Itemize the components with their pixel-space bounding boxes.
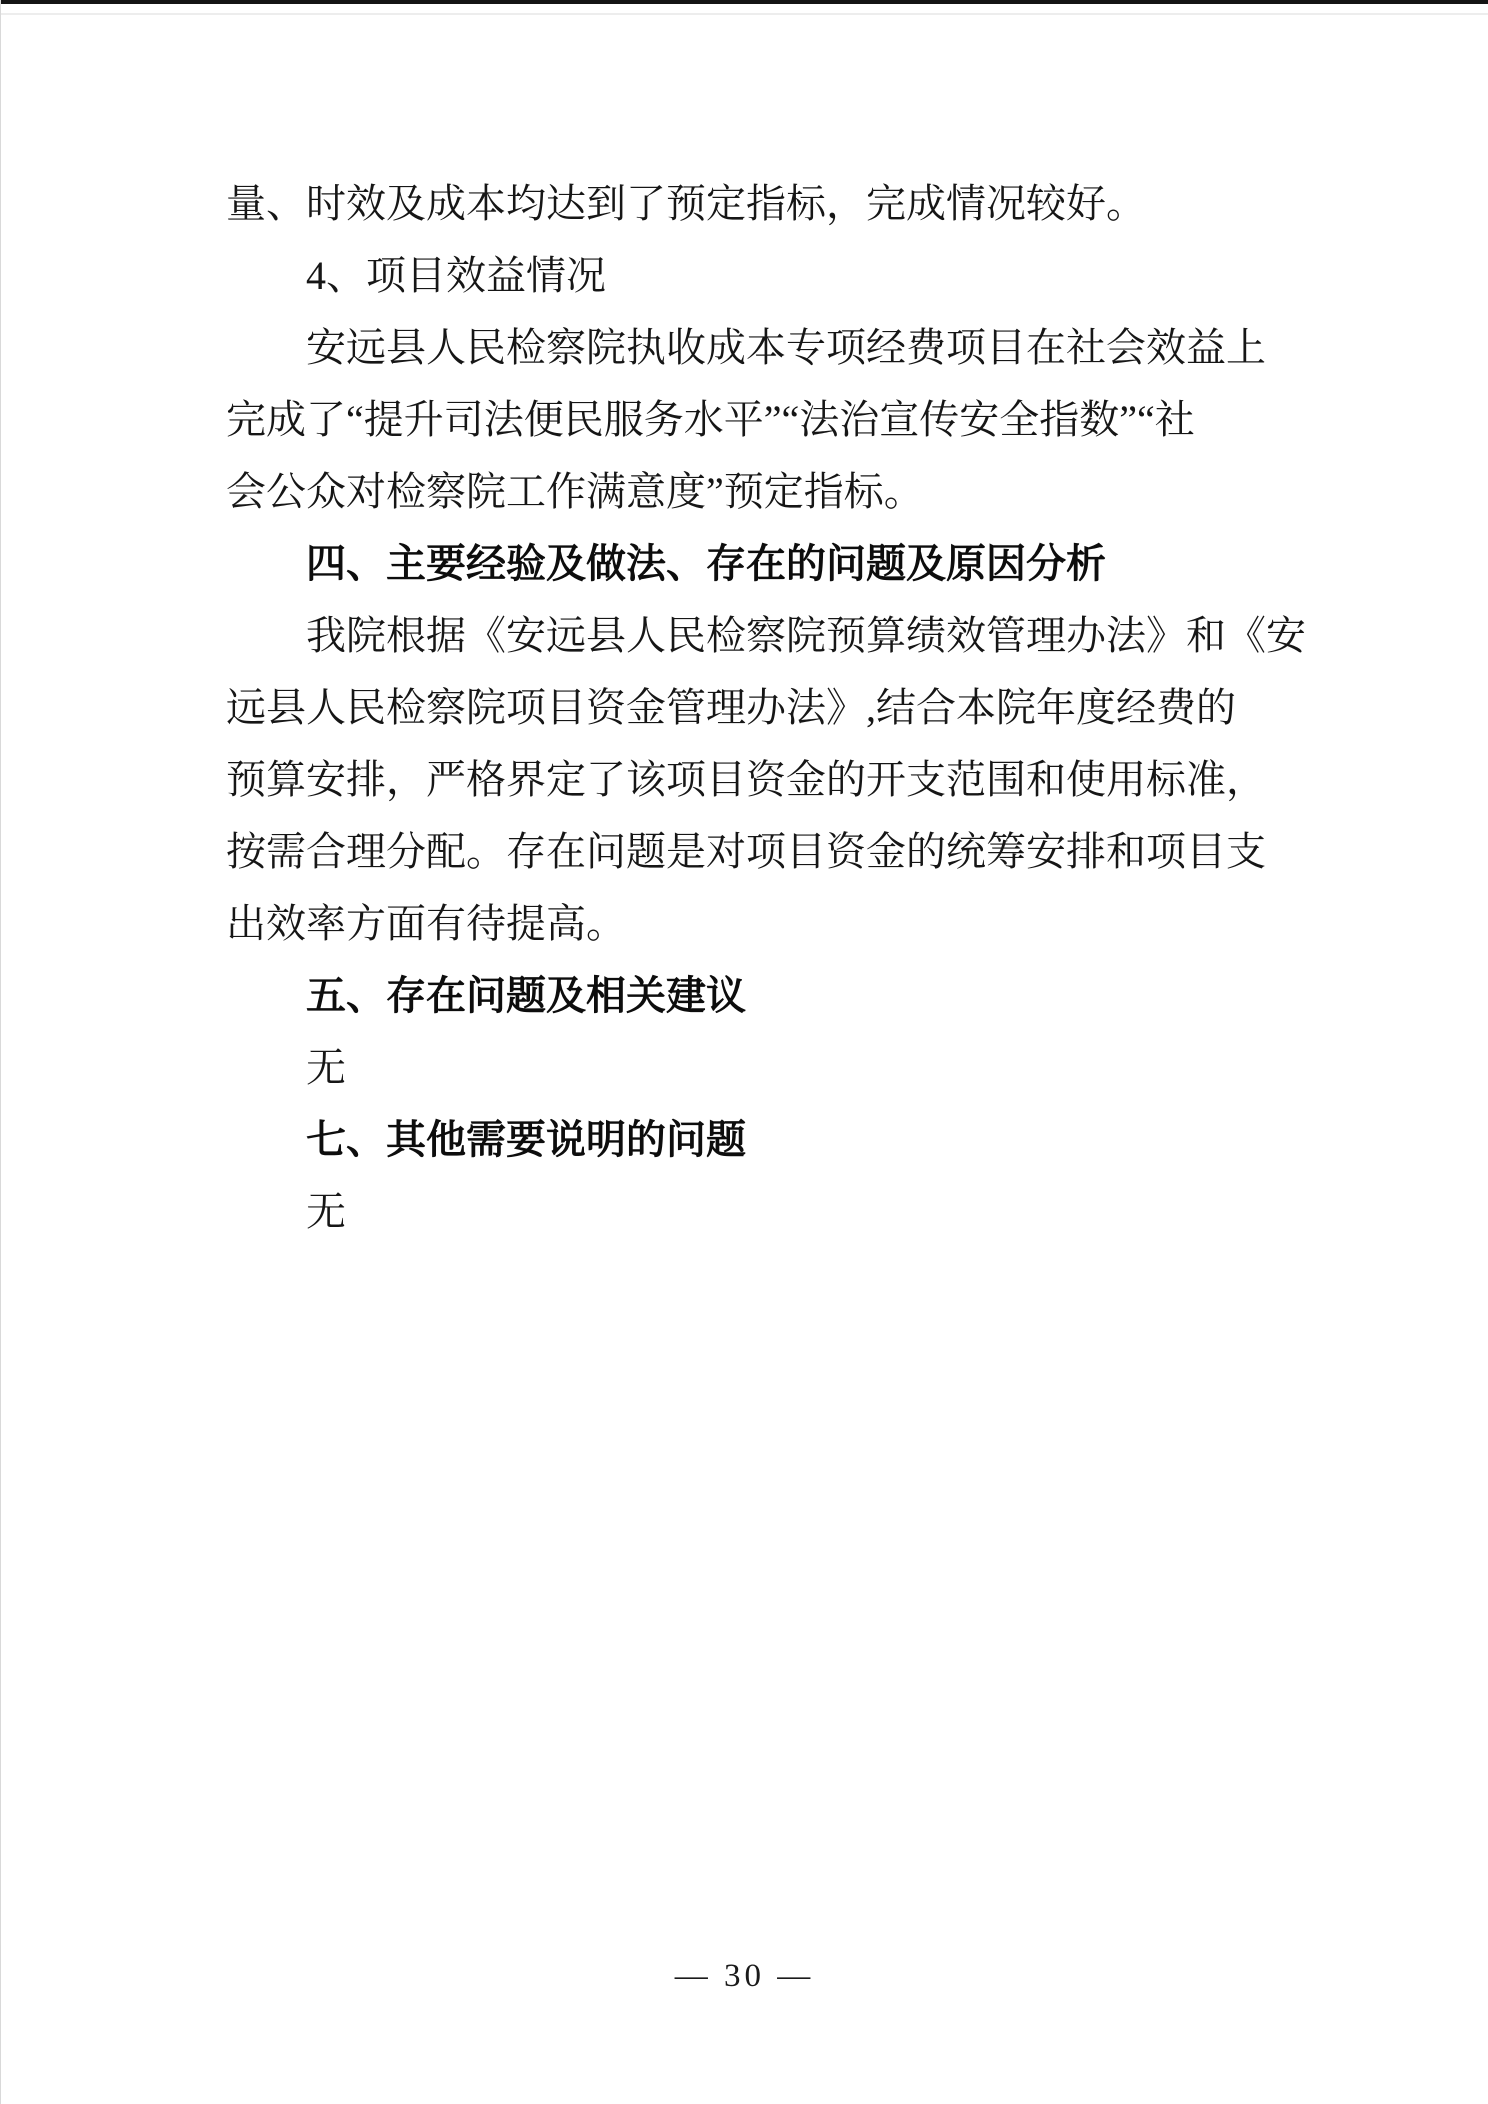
text-line: 远县人民检察院项目资金管理办法》,结合本院年度经费的 — [226, 672, 1316, 744]
section-heading: 七、其他需要说明的问题 — [226, 1104, 1316, 1176]
text-line: 会公众对检察院工作满意度”预定指标。 — [226, 456, 1316, 528]
body-text: 量、时效及成本均达到了预定指标，完成情况较好。4、项目效益情况安远县人民检察院执… — [226, 168, 1316, 1248]
text-line: 出效率方面有待提高。 — [226, 888, 1316, 960]
text-line: 预算安排，严格界定了该项目资金的开支范围和使用标准， — [226, 744, 1316, 816]
text-line: 无 — [226, 1176, 1316, 1248]
section-heading: 四、主要经验及做法、存在的问题及原因分析 — [226, 528, 1316, 600]
document-page: 量、时效及成本均达到了预定指标，完成情况较好。4、项目效益情况安远县人民检察院执… — [0, 0, 1488, 2104]
text-line: 完成了“提升司法便民服务水平”“法治宣传安全指数”“社 — [226, 384, 1316, 456]
text-line: 我院根据《安远县人民检察院预算绩效管理办法》和《安 — [226, 600, 1316, 672]
scan-edge-top — [1, 0, 1488, 4]
scan-line-faint — [1, 13, 1488, 15]
text-line: 无 — [226, 1032, 1316, 1104]
text-line: 4、项目效益情况 — [226, 240, 1316, 312]
text-line: 按需合理分配。存在问题是对项目资金的统筹安排和项目支 — [226, 816, 1316, 888]
page-number: — 30 — — [1, 1958, 1488, 1995]
text-line: 量、时效及成本均达到了预定指标，完成情况较好。 — [226, 168, 1316, 240]
text-line: 安远县人民检察院执收成本专项经费项目在社会效益上 — [226, 312, 1316, 384]
section-heading: 五、存在问题及相关建议 — [226, 960, 1316, 1032]
